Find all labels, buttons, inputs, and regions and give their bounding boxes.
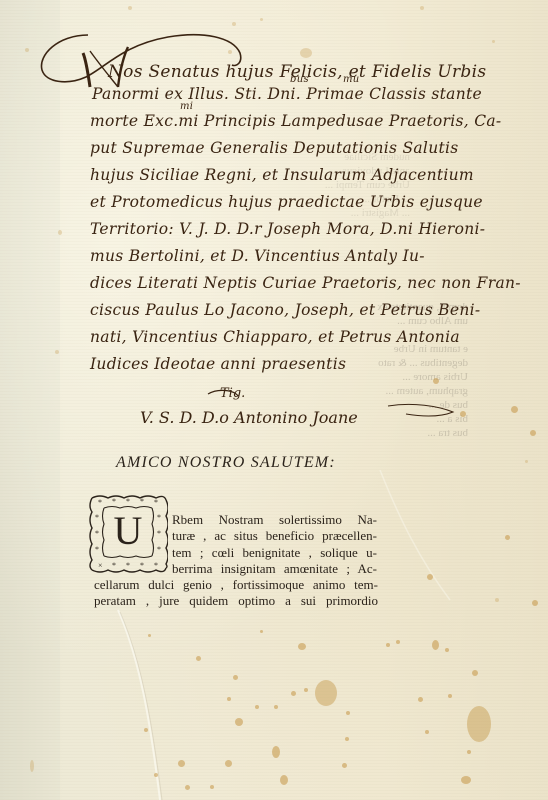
printed-line: cellarum dulci genio , fortissimoque ani…: [94, 577, 378, 593]
manuscript-superscript: mu: [343, 74, 360, 85]
manuscript-superscript: mi: [180, 101, 193, 112]
manuscript-line: dices Literati Neptis Curiae Praetoris, …: [90, 274, 521, 292]
manuscript-line: et Protomedicus hujus praedictae Urbis e…: [90, 193, 483, 211]
printed-line: tem ; cœli benignitate , solique u-: [172, 545, 377, 561]
svg-text:*: *: [157, 513, 161, 522]
svg-text:*: *: [126, 561, 130, 570]
printed-line: turæ , ac situs beneficio præcellen-: [172, 528, 377, 544]
signature-flourish: [138, 384, 478, 434]
svg-text:*: *: [98, 498, 102, 507]
svg-text:*: *: [95, 545, 99, 554]
manuscript-superscript: bus: [290, 74, 309, 85]
svg-text:×: ×: [98, 561, 103, 570]
manuscript-line: Panormi ex Illus. Sti. Dni. Primae Class…: [92, 85, 482, 103]
svg-text:*: *: [112, 561, 116, 570]
manuscript-line: hujus Siciliae Regni, et Insularum Adjac…: [90, 166, 474, 184]
manuscript-line: Iudices Ideotae anni praesentis: [90, 355, 346, 373]
manuscript-line: morte Exc.mi Principis Lampedusae Praeto…: [90, 112, 501, 130]
printed-body-beside-initial: Rbem Nostram solertissimo Na- turæ , ac …: [172, 512, 377, 577]
svg-text:*: *: [157, 545, 161, 554]
svg-text:*: *: [157, 529, 161, 538]
manuscript-line: nati, Vincentius Chiapparo, et Petrus An…: [90, 328, 460, 346]
printed-line: Rbem Nostram solertissimo Na-: [172, 512, 377, 528]
svg-text:*: *: [140, 497, 144, 506]
svg-text:*: *: [154, 498, 158, 507]
printed-heading: AMICO NOSTRO SALUTEM:: [116, 454, 336, 472]
manuscript-line: mus Bertolini, et D. Vincentius Antaly I…: [90, 247, 425, 265]
document-page: domiti, quantitate ex um Albo cum ... e …: [0, 0, 548, 800]
svg-text:*: *: [95, 529, 99, 538]
printed-body-full-width: cellarum dulci genio , fortissimoque ani…: [94, 577, 378, 610]
svg-text:*: *: [154, 561, 158, 570]
printed-line: peratam , jure quidem optimo a sui primo…: [94, 593, 378, 609]
decorated-initial: ***** *** *** ×**** U: [88, 492, 168, 574]
manuscript-line: ciscus Paulus Lo Jacono, Joseph, et Petr…: [90, 301, 480, 319]
svg-text:*: *: [95, 513, 99, 522]
svg-text:*: *: [112, 497, 116, 506]
manuscript-line: Territorio: V. J. D. D.r Joseph Mora, D.…: [90, 220, 485, 238]
svg-text:*: *: [126, 497, 130, 506]
printed-line: berrima insignitam amœnitate ; Ac-: [172, 561, 377, 577]
svg-text:*: *: [140, 561, 144, 570]
drop-cap-letter: U: [106, 508, 150, 554]
manuscript-line: put Supremae Generalis Deputationis Salu…: [90, 139, 459, 157]
